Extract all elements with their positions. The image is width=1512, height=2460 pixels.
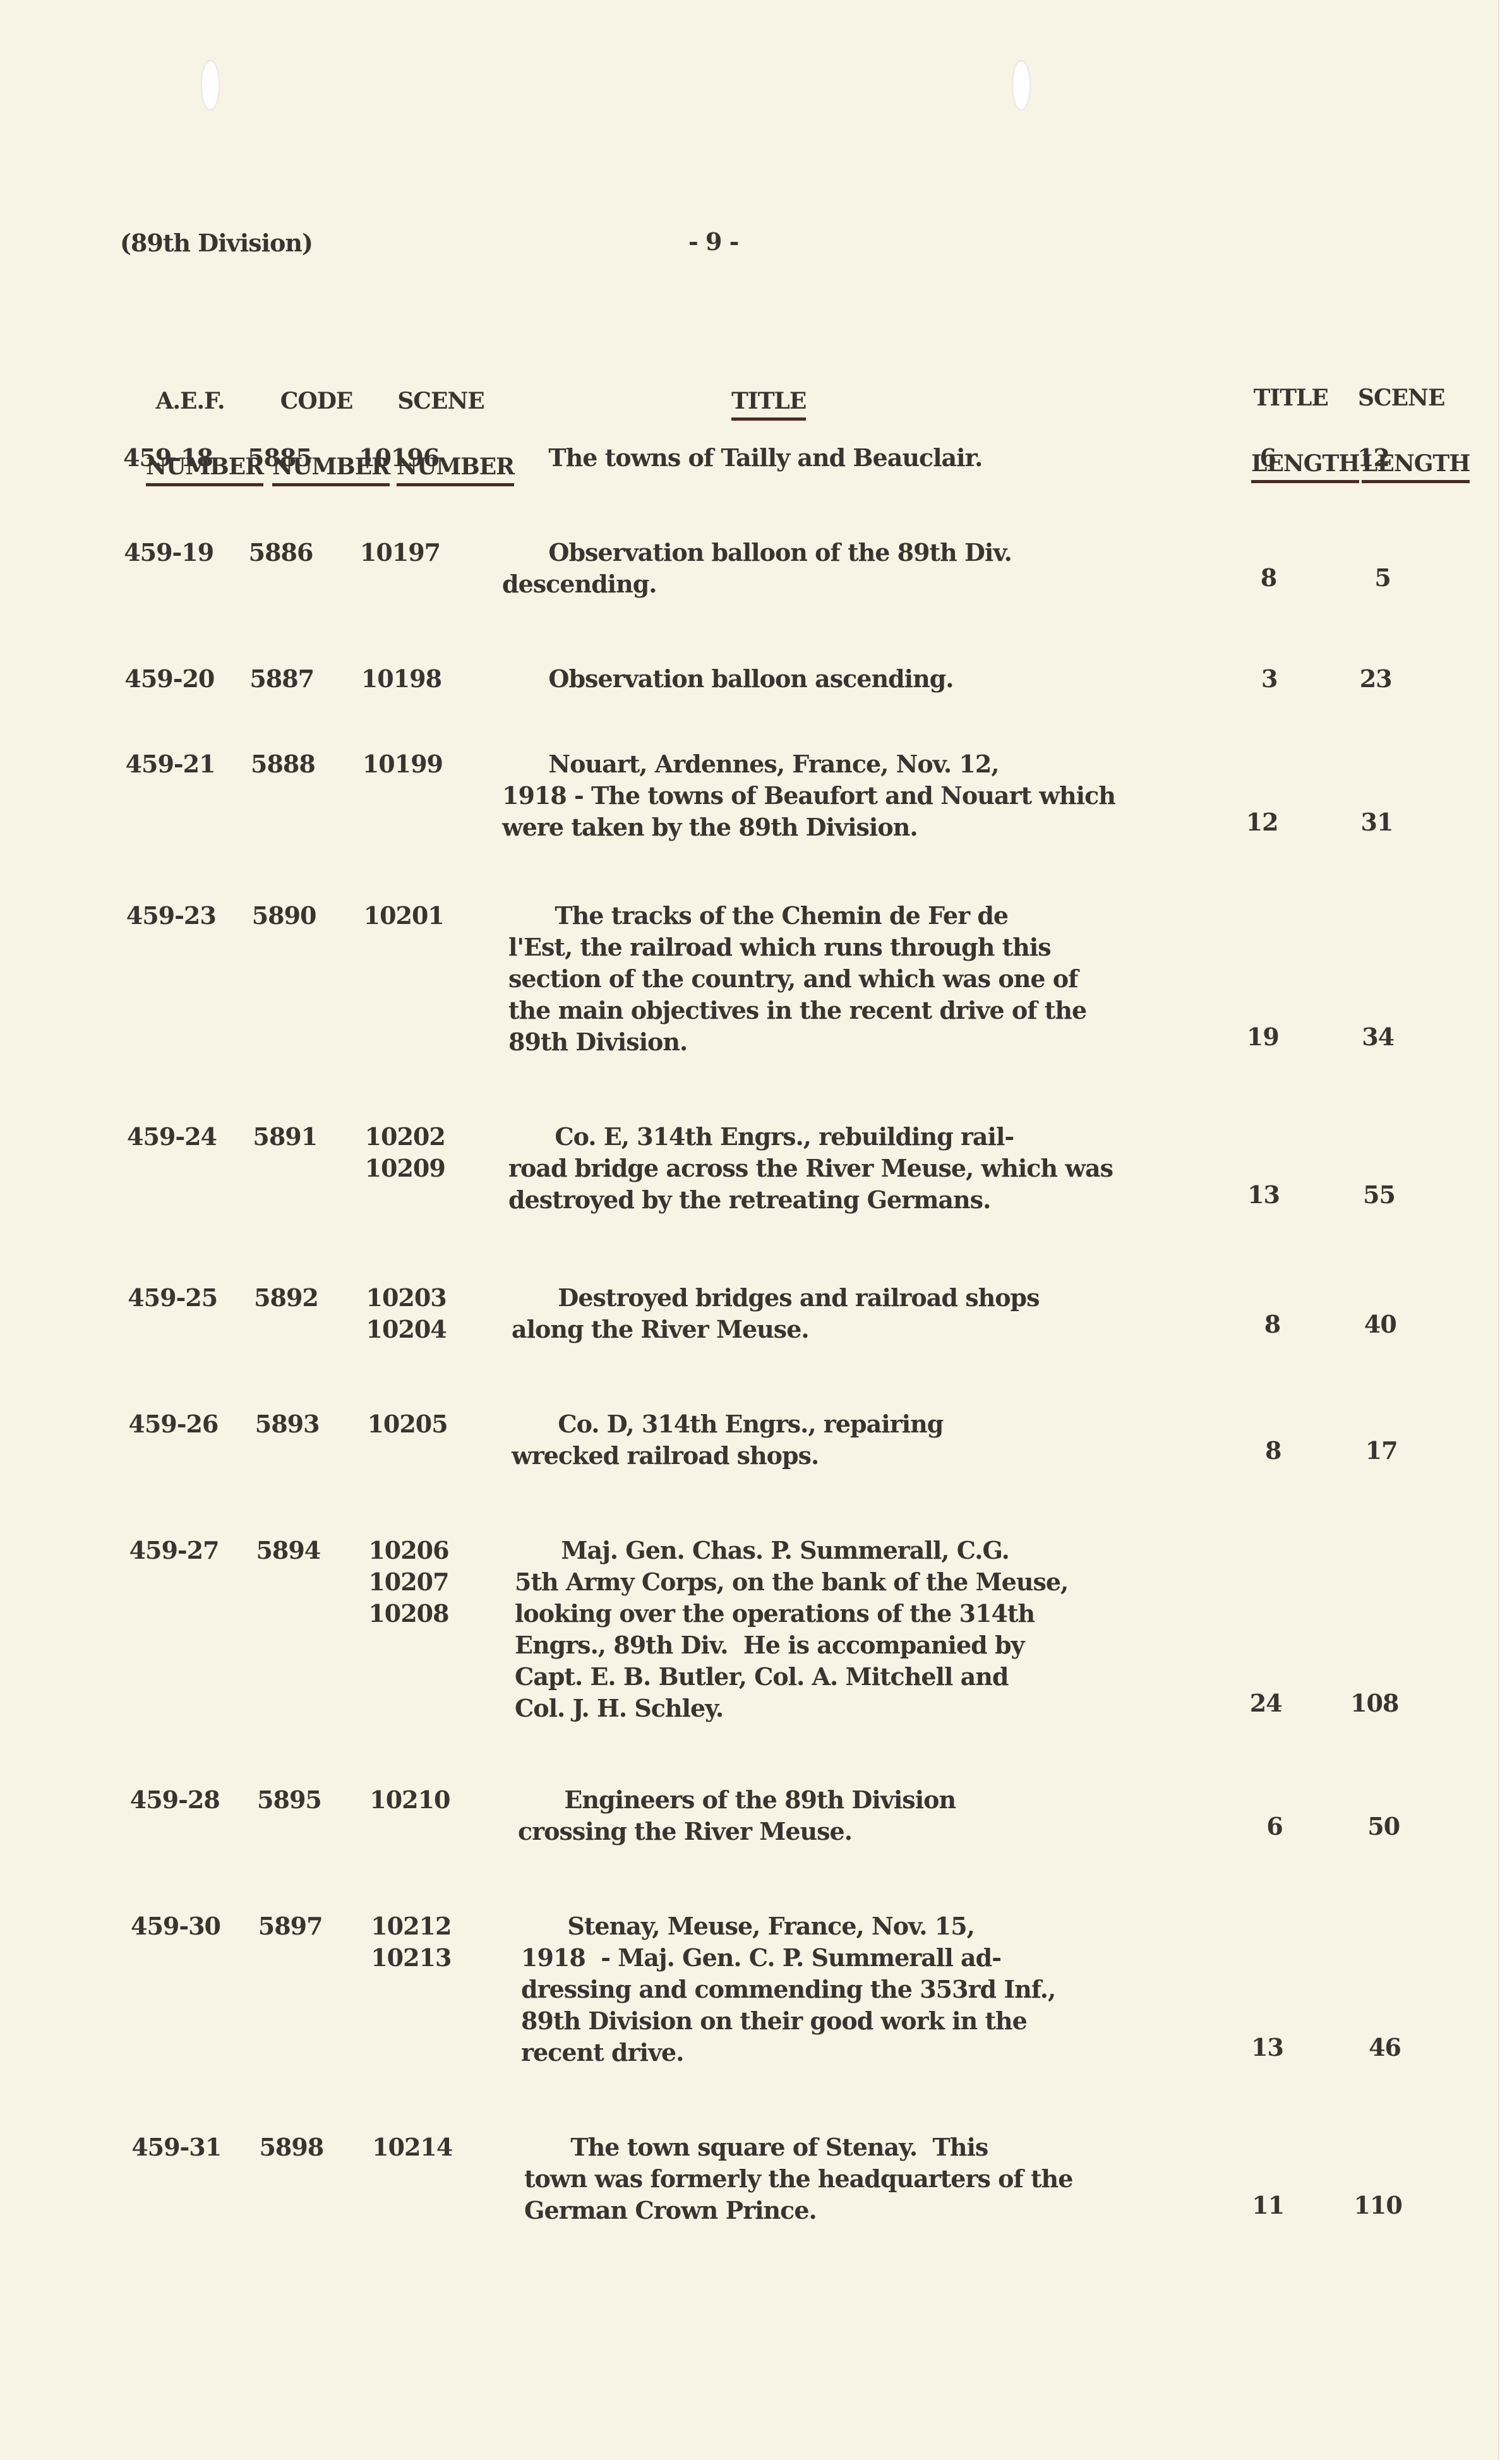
division-label: (89th Division)	[120, 227, 313, 259]
scene-length: 23	[1335, 663, 1392, 695]
header-scene-length: SCENE LENGTH	[1333, 316, 1470, 516]
title-line: Co. D, 314th Engrs., repairing	[512, 1408, 943, 1440]
title-length: 8	[1236, 1309, 1280, 1340]
scene-number: 10196	[359, 442, 439, 474]
title-line: 89th Division on their good work in the	[521, 2005, 1027, 2037]
aef-number: 459-30	[131, 1911, 220, 1942]
aef-number: 459-28	[130, 1784, 220, 1816]
scene-length: 34	[1337, 1021, 1394, 1053]
title-line: section of the country, and which was on…	[508, 963, 1077, 995]
title-line: Engrs., 89th Div. He is accompanied by	[515, 1629, 1024, 1661]
code-number: 5888	[251, 748, 315, 780]
aef-number: 459-23	[126, 900, 216, 932]
header-line: SCENE	[1333, 381, 1470, 414]
document-page: (89th Division) - 9 - A.E.F. NUMBER CODE…	[0, 0, 1499, 2460]
header-line: A.E.F.	[117, 385, 263, 417]
aef-number: 459-27	[129, 1535, 219, 1566]
punch-hole	[201, 60, 220, 111]
code-number: 5897	[258, 1911, 323, 1942]
title-line: The tracks of the Chemin de Fer de	[508, 900, 1008, 932]
title-line: German Crown Prince.	[524, 2195, 817, 2226]
title-line: the main objectives in the recent drive …	[508, 995, 1086, 1026]
scene-number: 10213	[371, 1942, 451, 1974]
scene-length: 17	[1341, 1435, 1398, 1467]
title-line: The towns of Tailly and Beauclair.	[502, 442, 982, 474]
scene-length: 40	[1340, 1309, 1396, 1340]
title-line: l'Est, the railroad which runs through t…	[508, 932, 1051, 963]
aef-number: 459-31	[131, 2132, 221, 2163]
aef-number: 459-19	[124, 537, 213, 568]
code-number: 5895	[257, 1784, 321, 1816]
title-line: Col. J. H. Schley.	[515, 1693, 723, 1724]
aef-number: 459-24	[127, 1121, 217, 1153]
scene-length: 108	[1341, 1688, 1398, 1719]
title-length: 11	[1240, 2190, 1284, 2221]
title-line: recent drive.	[521, 2037, 683, 2068]
title-line: descending.	[502, 568, 657, 600]
title-line: crossing the River Meuse.	[518, 1816, 852, 1847]
title-line: Observation balloon of the 89th Div.	[502, 537, 1012, 568]
scene-number: 10203	[366, 1282, 447, 1314]
title-line: along the River Meuse.	[512, 1314, 809, 1345]
scene-length: 12	[1333, 442, 1389, 474]
title-line: Engineers of the 89th Division	[518, 1784, 956, 1816]
header-scene-number: SCENE NUMBER	[368, 319, 514, 519]
code-number: 5886	[249, 537, 313, 568]
title-line: road bridge across the River Meuse, whic…	[508, 1153, 1113, 1184]
title-length: 6	[1232, 442, 1276, 474]
title-length: 19	[1235, 1021, 1279, 1053]
title-line: The town square of Stenay. This	[524, 2132, 988, 2163]
title-line: wrecked railroad shops.	[512, 1440, 819, 1472]
scene-length: 110	[1345, 2190, 1402, 2221]
header-title: TITLE	[702, 352, 806, 453]
code-number: 5893	[255, 1408, 320, 1440]
title-line: 1918 - The towns of Beaufort and Nouart …	[502, 780, 1115, 812]
scene-number: 10214	[372, 2132, 452, 2163]
title-length: 24	[1238, 1688, 1282, 1719]
scene-number: 10198	[361, 663, 441, 695]
title-line: Observation balloon ascending.	[502, 663, 954, 695]
title-line: Stenay, Meuse, France, Nov. 15,	[521, 1911, 975, 1942]
header-aef-number: A.E.F. NUMBER	[117, 319, 263, 519]
scene-number: 10205	[367, 1408, 447, 1440]
scene-length: 31	[1336, 807, 1393, 838]
title-line: were taken by the 89th Division.	[502, 812, 918, 843]
scene-length: 55	[1338, 1179, 1395, 1211]
aef-number: 459-25	[128, 1282, 217, 1314]
title-length: 12	[1234, 807, 1278, 838]
scene-number: 10199	[363, 748, 443, 780]
scene-number: 10207	[368, 1566, 448, 1598]
code-number: 5898	[259, 2132, 323, 2163]
title-line: town was formerly the headquarters of th…	[524, 2163, 1072, 2195]
title-line: Destroyed bridges and railroad shops	[512, 1282, 1040, 1314]
aef-number: 459-20	[124, 663, 214, 695]
title-line: 89th Division.	[508, 1026, 687, 1058]
header-line: TITLE	[731, 385, 806, 421]
title-length: 8	[1232, 562, 1276, 594]
code-number: 5890	[252, 900, 316, 932]
aef-number: 459-26	[128, 1408, 218, 1440]
page-number: - 9 -	[688, 226, 738, 258]
code-number: 5891	[253, 1121, 317, 1153]
title-length: 3	[1233, 663, 1277, 695]
scene-number: 10210	[369, 1784, 450, 1816]
title-line: 1918 - Maj. Gen. C. P. Summerall ad-	[521, 1942, 1001, 1974]
title-length: 13	[1239, 2032, 1283, 2063]
scene-number: 10206	[368, 1535, 448, 1566]
title-line: Maj. Gen. Chas. P. Summerall, C.G.	[515, 1535, 1009, 1566]
title-line: dressing and commending the 353rd Inf.,	[521, 1974, 1055, 2005]
scene-number: 10212	[371, 1911, 451, 1942]
scene-length: 50	[1343, 1811, 1400, 1842]
scene-number: 10201	[364, 900, 444, 932]
title-line: Co. E, 314th Engrs., rebuilding rail-	[508, 1121, 1014, 1153]
scene-number: 10208	[368, 1598, 448, 1629]
aef-number: 459-18	[123, 442, 213, 474]
scene-number: 10197	[360, 537, 440, 568]
title-length: 13	[1235, 1179, 1280, 1211]
punch-hole	[1012, 60, 1031, 111]
code-number: 5892	[254, 1282, 318, 1314]
title-line: looking over the operations of the 314th	[515, 1598, 1035, 1629]
scene-length: 5	[1334, 562, 1391, 594]
code-number: 5894	[256, 1535, 320, 1566]
code-number: 5885	[248, 442, 312, 474]
scene-number: 10209	[365, 1153, 445, 1184]
title-line: Capt. E. B. Butler, Col. A. Mitchell and	[515, 1661, 1008, 1693]
title-line: destroyed by the retreating Germans.	[508, 1184, 990, 1216]
code-number: 5887	[249, 663, 314, 695]
aef-number: 459-21	[126, 748, 215, 780]
scene-number: 10202	[365, 1121, 445, 1153]
title-length: 6	[1239, 1811, 1283, 1842]
scene-length: 46	[1344, 2032, 1401, 2063]
scene-number: 10204	[366, 1314, 447, 1345]
header-line: SCENE	[368, 385, 514, 417]
title-line: 5th Army Corps, on the bank of the Meuse…	[515, 1566, 1068, 1598]
title-length: 8	[1237, 1435, 1281, 1467]
title-line: Nouart, Ardennes, France, Nov. 12,	[502, 748, 999, 780]
